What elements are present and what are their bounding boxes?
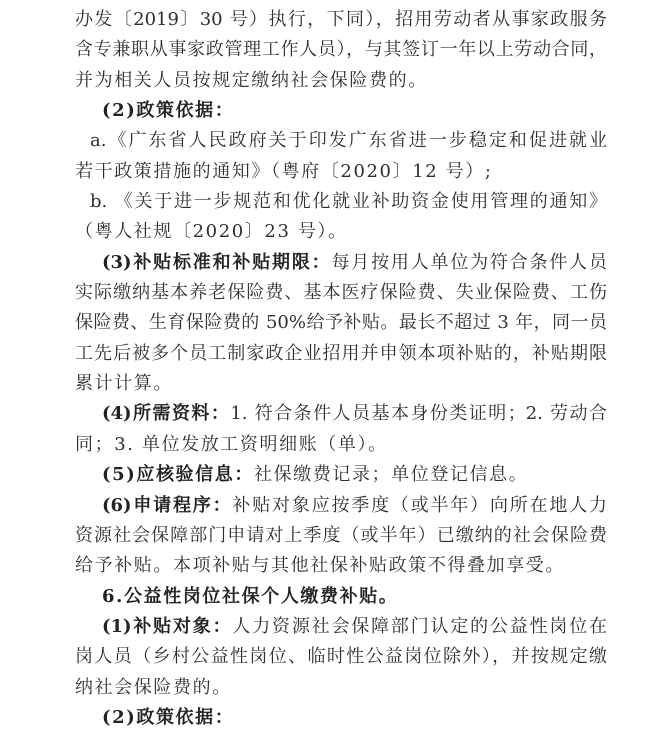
document-page: 办发〔2019〕30 号）执行，下同），招用劳动者从事家政服务（不 含专兼职从事… [0,0,650,734]
line-lead-bold: (3)补贴标准和补贴期限： [102,252,331,273]
text-line: 同；3. 单位发放工资明细账（单）。 [75,430,607,460]
text-line: 保险费、生育保险费的 50%给予补贴。最长不超过 3 年，同一员 [75,308,607,338]
line-lead-bold: 6.公益性岗位社保个人缴费补贴。 [102,586,398,607]
paragraph-heading-line: (3)补贴标准和补贴期限：每月按用人单位为符合条件人员 [75,248,607,278]
line-text: 社保缴费记录；单位登记信息。 [254,464,528,485]
line-text: 岗人员（乡村公益性岗位、临时性公益岗位除外），并按规定缴 [75,646,607,667]
line-text: a.《广东省人民政府关于印发广东省进一步稳定和促进就业 [90,130,607,151]
text-line: 工先后被多个员工制家政企业招用并申领本项补贴的，补贴期限 [75,339,607,369]
line-text: 保险费、生育保险费的 50%给予补贴。最长不超过 3 年，同一员 [75,312,607,333]
line-text: 若干政策措施的通知》（粤府〔2020〕12 号）; [75,161,493,182]
paragraph-heading-line: (1)补贴对象：人力资源社会保障部门认定的公益性岗位在 [75,612,607,642]
section-heading-line: 6.公益性岗位社保个人缴费补贴。 [75,582,607,612]
text-line: 给予补贴。本项补贴与其他社保补贴政策不得叠加享受。 [75,551,607,581]
text-line: 累计计算。 [75,369,607,399]
line-lead-bold: (2)政策依据： [102,100,234,121]
text-line: 实际缴纳基本养老保险费、基本医疗保险费、失业保险费、工伤 [75,278,607,308]
text-line: 办发〔2019〕30 号）执行，下同），招用劳动者从事家政服务（不 [75,5,607,35]
paragraph-heading-line: (4)所需资料：1. 符合条件人员基本身份类证明；2. 劳动合 [75,399,607,429]
line-text: 补贴对象应按季度（或半年）向所在地人力 [232,495,607,516]
line-text: 累计计算。 [75,373,173,394]
line-lead-bold: (1)补贴对象： [102,616,232,637]
line-text: （粤人社规〔2020〕23 号）。 [75,221,348,242]
text-line: 含专兼职从事家政管理工作人员），与其签订一年以上劳动合同， [75,35,607,65]
text-line: a.《广东省人民政府关于印发广东省进一步稳定和促进就业 [75,126,607,156]
line-lead-bold: (4)所需资料： [102,403,230,424]
line-text: 纳社会保险费的。 [75,677,232,698]
line-text: b. 《关于进一步规范和优化就业补助资金使用管理的通知》 [90,191,607,212]
line-text: 1. 符合条件人员基本身份类证明；2. 劳动合 [230,403,607,424]
line-lead-bold: (5)应核验信息： [102,464,254,485]
line-text: 办发〔2019〕30 号）执行，下同），招用劳动者从事家政服务（不 [75,9,607,35]
text-line: 并为相关人员按规定缴纳社会保险费的。 [75,66,607,96]
paragraph-heading-line: (6)申请程序：补贴对象应按季度（或半年）向所在地人力 [75,491,607,521]
line-text: 含专兼职从事家政管理工作人员），与其签订一年以上劳动合同， [75,39,607,60]
line-text: 工先后被多个员工制家政企业招用并申领本项补贴的，补贴期限 [75,343,607,364]
line-text: 人力资源社会保障部门认定的公益性岗位在 [232,616,607,637]
line-text: 同；3. 单位发放工资明细账（单）。 [75,434,388,455]
text-line: 资源社会保障部门申请对上季度（或半年）已缴纳的社会保险费 [75,521,607,551]
paragraph-heading-line: (2)政策依据： [75,703,607,733]
text-line: 岗人员（乡村公益性岗位、临时性公益岗位除外），并按规定缴 [75,642,607,672]
line-lead-bold: (2)政策依据： [102,707,234,728]
text-line: 若干政策措施的通知》（粤府〔2020〕12 号）; [75,157,607,187]
line-text: 每月按用人单位为符合条件人员 [331,252,607,273]
line-lead-bold: (6)申请程序： [102,495,232,516]
text-line: （粤人社规〔2020〕23 号）。 [75,217,607,247]
line-text: 资源社会保障部门申请对上季度（或半年）已缴纳的社会保险费 [75,525,607,546]
text-line: b. 《关于进一步规范和优化就业补助资金使用管理的通知》 [75,187,607,217]
paragraph-heading-line: (2)政策依据： [75,96,607,126]
text-line: 纳社会保险费的。 [75,673,607,703]
paragraph-heading-line: (5)应核验信息：社保缴费记录；单位登记信息。 [75,460,607,490]
line-text: 并为相关人员按规定缴纳社会保险费的。 [75,70,428,91]
line-text: 给予补贴。本项补贴与其他社保补贴政策不得叠加享受。 [75,555,565,576]
line-text: 实际缴纳基本养老保险费、基本医疗保险费、失业保险费、工伤 [75,282,607,303]
